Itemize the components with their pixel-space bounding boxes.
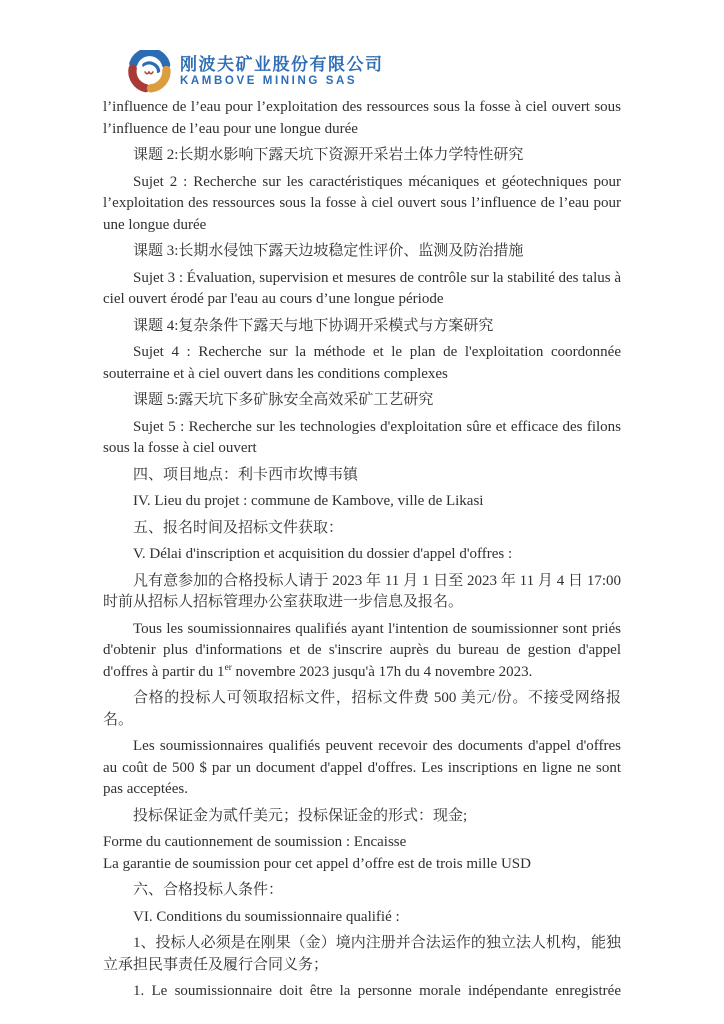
paragraph: 课题 4:复杂条件下露天与地下协调开采模式与方案研究 (103, 316, 621, 338)
paragraph: l’influence de l’eau pour l’exploitation… (103, 97, 621, 140)
document-body: l’influence de l’eau pour l’exploitation… (103, 92, 621, 1008)
kambove-swirl-icon (128, 50, 171, 93)
paragraph: Sujet 5 : Recherche sur les technologies… (103, 417, 621, 460)
paragraph: 五、报名时间及招标文件获取： (103, 518, 621, 540)
paragraph: 课题 3:长期水侵蚀下露天边坡稳定性评价、监测及防治措施 (103, 241, 621, 263)
company-name-zh: 刚波夫矿业股份有限公司 (180, 55, 384, 75)
paragraph: 六、合格投标人条件： (103, 880, 621, 902)
paragraph: IV. Lieu du projet : commune de Kambove,… (103, 491, 621, 513)
paragraph: Sujet 3 : Évaluation, supervision et mes… (103, 268, 621, 311)
paragraph: 合格的投标人可领取招标文件，招标文件费 500 美元/份。不接受网络报名。 (103, 688, 621, 731)
paragraph: 1. Le soumissionnaire doit être la perso… (103, 981, 621, 1003)
paragraph: Sujet 4 : Recherche sur la méthode et le… (103, 342, 621, 385)
paragraph: Forme du cautionnement de soumission : E… (103, 832, 621, 875)
paragraph: Les soumissionnaires qualifiés peuvent r… (103, 736, 621, 801)
paragraph: 课题 5:露天坑下多矿脉安全高效采矿工艺研究 (103, 390, 621, 412)
paragraph: 课题 2:长期水影响下露天坑下资源开采岩土体力学特性研究 (103, 145, 621, 167)
paragraph: VI. Conditions du soumissionnaire qualif… (103, 907, 621, 929)
company-logo: 刚波夫矿业股份有限公司 KAMBOVE MINING SAS (128, 50, 384, 93)
company-name-en: KAMBOVE MINING SAS (180, 75, 384, 88)
document-page: 刚波夫矿业股份有限公司 KAMBOVE MINING SAS l’influen… (0, 0, 724, 1024)
paragraph: Tous les soumissionnaires qualifiés ayan… (103, 619, 621, 684)
company-name-block: 刚波夫矿业股份有限公司 KAMBOVE MINING SAS (180, 55, 384, 88)
paragraph: Sujet 2 : Recherche sur les caractéristi… (103, 172, 621, 237)
paragraph: 1、投标人必须是在刚果（金）境内注册并合法运作的独立法人机构，能独立承担民事责任… (103, 933, 621, 976)
paragraph: V. Délai d'inscription et acquisition du… (103, 544, 621, 566)
paragraph: 投标保证金为贰仟美元；投标保证金的形式：现金; (103, 806, 621, 828)
paragraph: 四、项目地点：利卡西市坎博韦镇 (103, 465, 621, 487)
paragraph: 凡有意参加的合格投标人请于 2023 年 11 月 1 日至 2023 年 11… (103, 571, 621, 614)
